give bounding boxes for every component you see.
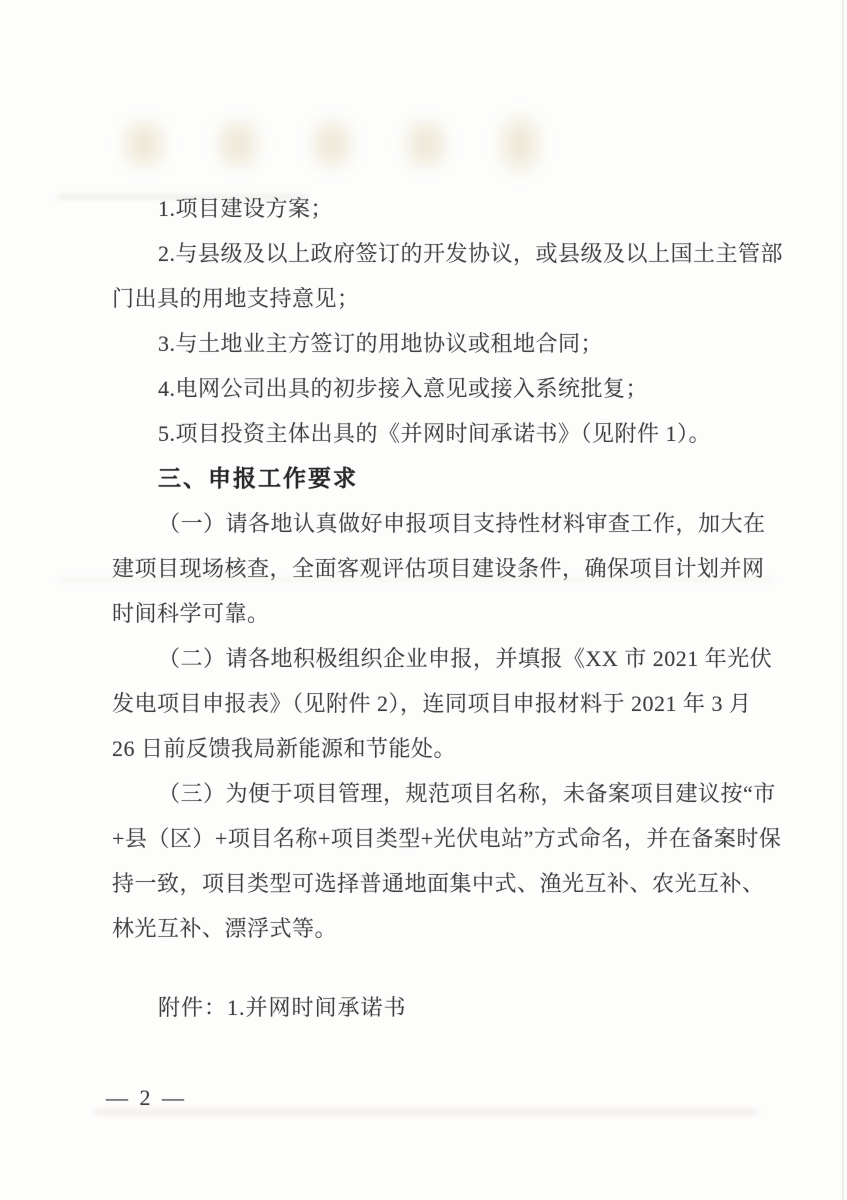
text-line: 林光互补、漂浮式等。 [112, 906, 780, 951]
page-number: — 2 — [106, 1085, 187, 1111]
text-line: 2.与县级及以上政府签订的开发协议，或县级及以上国土主管部 [112, 231, 780, 276]
faded-letterhead-glyph [498, 114, 542, 174]
text-line: 3.与土地业主方签订的用地协议或租地合同； [112, 321, 780, 366]
text-line: +县（区）+项目名称+项目类型+光伏电站”方式命名，并在备案时保 [112, 816, 780, 861]
text-line: 门出具的用地支持意见； [112, 276, 780, 321]
text-line: （三）为便于项目管理，规范项目名称，未备案项目建议按“市 [112, 771, 780, 816]
text-line: （二）请各地积极组织企业申报，并填报《XX 市 2021 年光伏 [112, 636, 780, 681]
section-heading: 三、申报工作要求 [112, 456, 780, 501]
faded-letterhead-glyph [310, 118, 354, 170]
faded-letterhead [122, 118, 542, 174]
text-line: 5.项目投资主体出具的《并网时间承诺书》（见附件 1）。 [112, 411, 780, 456]
text-line: 26 日前反馈我局新能源和节能处。 [112, 726, 780, 771]
text-line: 建项目现场核查，全面客观评估项目建设条件，确保项目计划并网 [112, 546, 780, 591]
faded-letterhead-glyph [216, 118, 260, 170]
document-body: 1.项目建设方案；2.与县级及以上政府签订的开发协议，或县级及以上国土主管部门出… [112, 186, 780, 951]
scan-edge-line [842, 0, 844, 1200]
attachment-line: 附件：1.并网时间承诺书 [158, 991, 407, 1022]
text-line: 持一致，项目类型可选择普通地面集中式、渔光互补、农光互补、 [112, 861, 780, 906]
faded-letterhead-glyph [404, 118, 448, 170]
scan-smudge [95, 1108, 757, 1116]
document-page: 1.项目建设方案；2.与县级及以上政府签订的开发协议，或县级及以上国土主管部门出… [0, 0, 847, 1200]
text-line: 1.项目建设方案； [112, 186, 780, 231]
faded-letterhead-glyph [122, 118, 166, 170]
text-line: 时间科学可靠。 [112, 591, 780, 636]
text-line: （一）请各地认真做好申报项目支持性材料审查工作，加大在 [112, 501, 780, 546]
text-line: 4.电网公司出具的初步接入意见或接入系统批复； [112, 366, 780, 411]
text-line: 发电项目申报表》（见附件 2），连同项目申报材料于 2021 年 3 月 [112, 681, 780, 726]
